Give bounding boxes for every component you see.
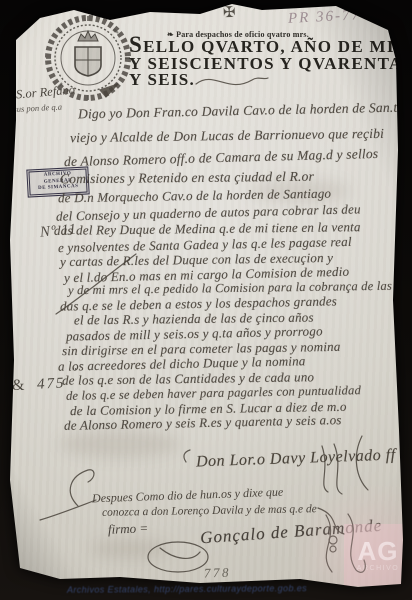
shelfmark-annotation: PR 36-77 [288, 7, 362, 28]
watermark-letters: AG [358, 539, 399, 563]
watermark-label: ARCHIVO [357, 565, 399, 572]
document-photo: ✠ PR 36-77 ❧ Para despachos de ofici [0, 0, 412, 600]
margin-ampersand: & [12, 377, 24, 395]
pencil-page-number: 778 [204, 565, 232, 582]
ink-cross-icon: ✠ [223, 3, 236, 22]
signature-line-1: Don Lor.o Davy Loyelvado ff [196, 447, 396, 472]
margin-note-small: a sus pon de q.a [7, 102, 62, 115]
paper: ✠ PR 36-77 ❧ Para despachos de ofici [0, 0, 412, 600]
handwriting-line: viejo y Alcalde de Don Lucas de Barrionu… [70, 126, 384, 146]
handwriting-line: Digo yo Don Fran.co Davila Cav.o de la h… [78, 100, 405, 123]
paper-sheet: ✠ PR 36-77 ❧ Para despachos de ofici [0, 0, 412, 600]
printed-title-line3: Y SEIS. [129, 72, 407, 89]
archive-watermark: AG ARCHIVO [344, 524, 412, 586]
handwriting-line: de Alonso Romero off.o de Camara de su M… [64, 146, 379, 170]
closing-note-line1: Despues Como dio de hun.os y dixe que [92, 485, 284, 507]
closing-note-line2: conozca a don Lorenço Davila y de mas q.… [102, 503, 317, 519]
paper-smudge [60, 430, 180, 458]
firmo-label: firmo = [108, 520, 149, 537]
printed-header: ❧ Para despachos de oficio qvatro mrs. S… [129, 30, 407, 89]
handwriting-line: Comisiones y Retenido en esta çiudad el … [60, 169, 314, 188]
paper-smudge [90, 540, 170, 558]
